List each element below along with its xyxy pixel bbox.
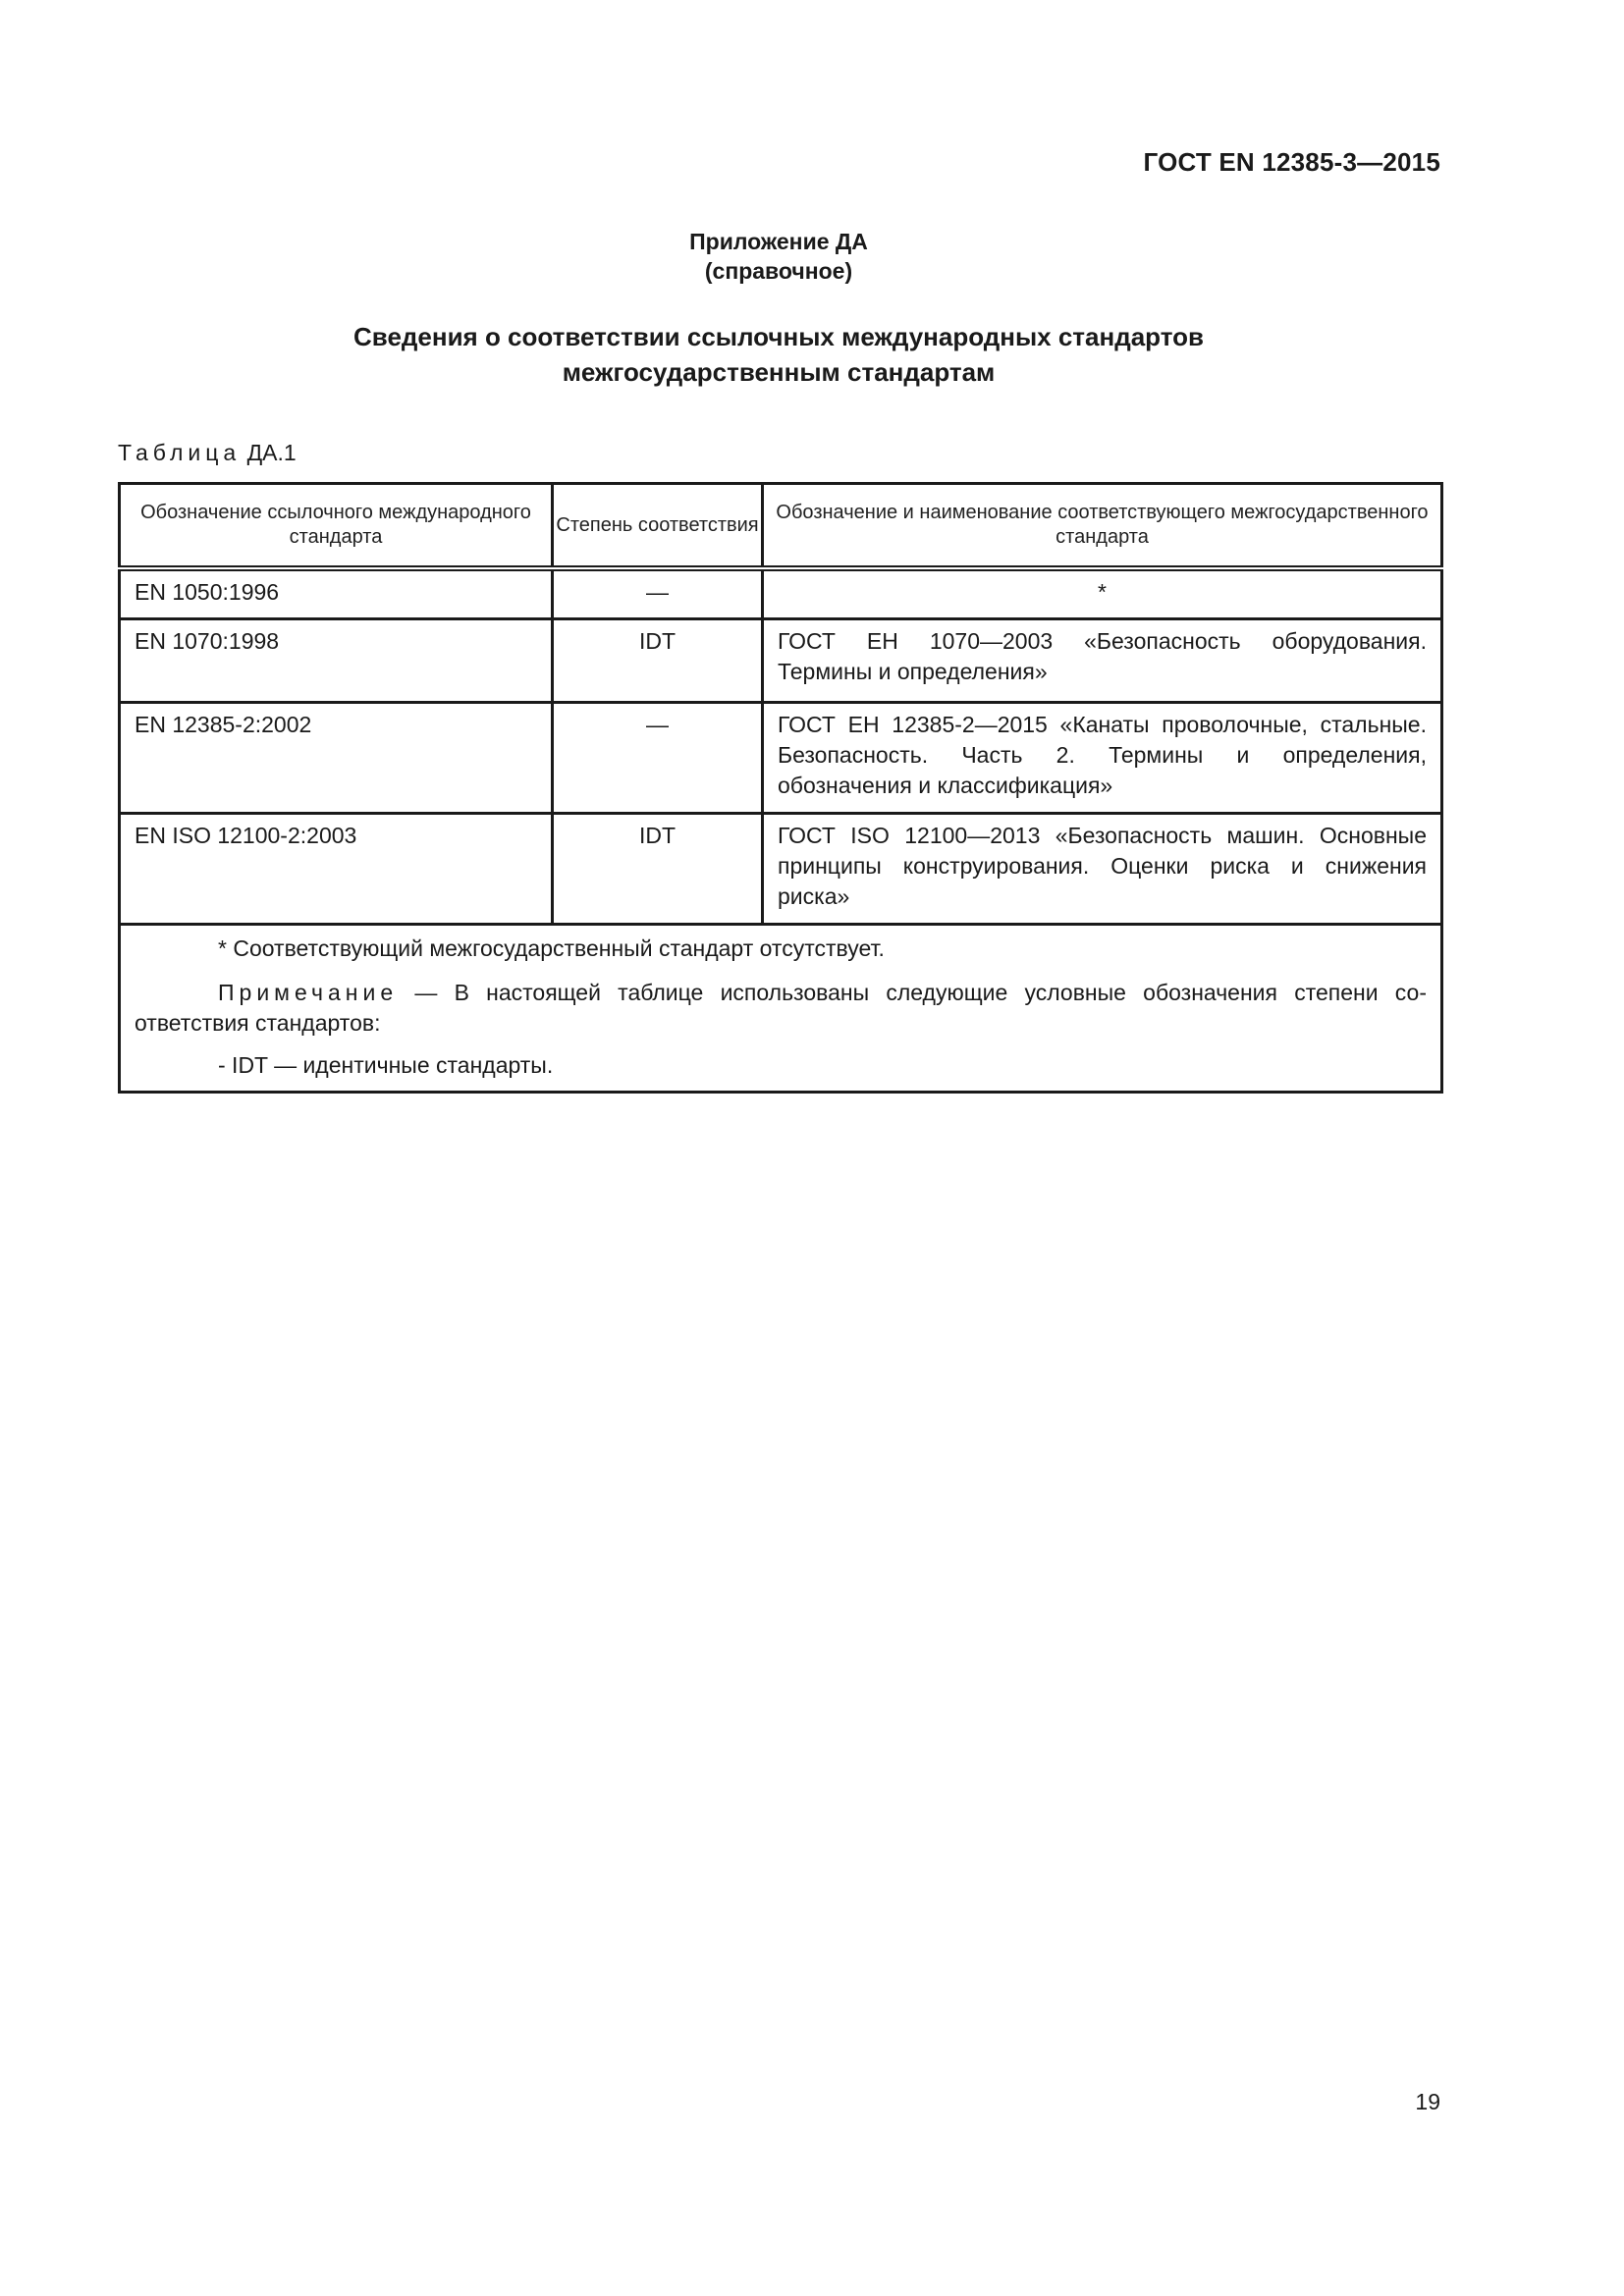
page-title-line-2: межгосударственным стандартам — [0, 354, 1557, 390]
cell-interstate-standard: ГОСТ ISO 12100—2013 «Безопасность машин.… — [763, 814, 1442, 925]
cell-international-standard: EN 1070:1998 — [120, 619, 553, 703]
table-row: EN 12385-2:2002 — ГОСТ ЕН 12385-2—2015 «… — [120, 703, 1442, 814]
appendix-title: Приложение ДА — [0, 229, 1557, 255]
cell-degree: — — [553, 703, 763, 814]
appendix-status: (справочное) — [0, 258, 1557, 285]
cell-international-standard: EN 12385-2:2002 — [120, 703, 553, 814]
cell-interstate-standard: * — [763, 568, 1442, 619]
table-row: EN ISO 12100-2:2003 IDT ГОСТ ISO 12100—2… — [120, 814, 1442, 925]
page-title: Сведения о соответствии ссылочных междун… — [0, 319, 1557, 390]
table-row: EN 1070:1998 IDT ГОСТ ЕН 1070—2003 «Безо… — [120, 619, 1442, 703]
table-header-row: Обозначение ссылочного международного ст… — [120, 484, 1442, 569]
column-header-international-standard: Обозначение ссылочного международного ст… — [120, 484, 553, 569]
page-number: 19 — [1415, 2089, 1440, 2115]
table-caption-label: Таблица — [118, 440, 241, 465]
column-header-interstate-standard: Обозначение и наименование соответствующ… — [763, 484, 1442, 569]
table-note: Примечание — В настоящей таблице использ… — [135, 978, 1427, 1039]
cell-interstate-standard: ГОСТ ЕН 1070—2003 «Безопасность оборудов… — [763, 619, 1442, 703]
table-row: EN 1050:1996 — * — [120, 568, 1442, 619]
standards-correspondence-table: Обозначение ссылочного международного ст… — [118, 482, 1440, 1094]
document-code: ГОСТ EN 12385-3—2015 — [1144, 147, 1440, 178]
cell-international-standard: EN 1050:1996 — [120, 568, 553, 619]
footnote: * Соответствующий межгосударственный ста… — [135, 934, 1427, 964]
cell-international-standard: EN ISO 12100-2:2003 — [120, 814, 553, 925]
table-caption-number: ДА.1 — [247, 440, 297, 465]
column-header-degree: Степень соответствия — [553, 484, 763, 569]
note-label: Примечание — [218, 980, 398, 1005]
page-title-line-1: Сведения о соответствии ссылочных междун… — [0, 319, 1557, 354]
table-caption: Таблица ДА.1 — [118, 440, 297, 466]
table-footer-row: * Соответствующий межгосударственный ста… — [120, 925, 1442, 1093]
cell-degree: — — [553, 568, 763, 619]
cell-interstate-standard: ГОСТ ЕН 12385-2—2015 «Канаты проволочные… — [763, 703, 1442, 814]
cell-degree: IDT — [553, 619, 763, 703]
cell-degree: IDT — [553, 814, 763, 925]
legend-item-idt: - IDT — идентичные стандарты. — [135, 1050, 1427, 1081]
table-footer: * Соответствующий межгосударственный ста… — [120, 925, 1442, 1093]
